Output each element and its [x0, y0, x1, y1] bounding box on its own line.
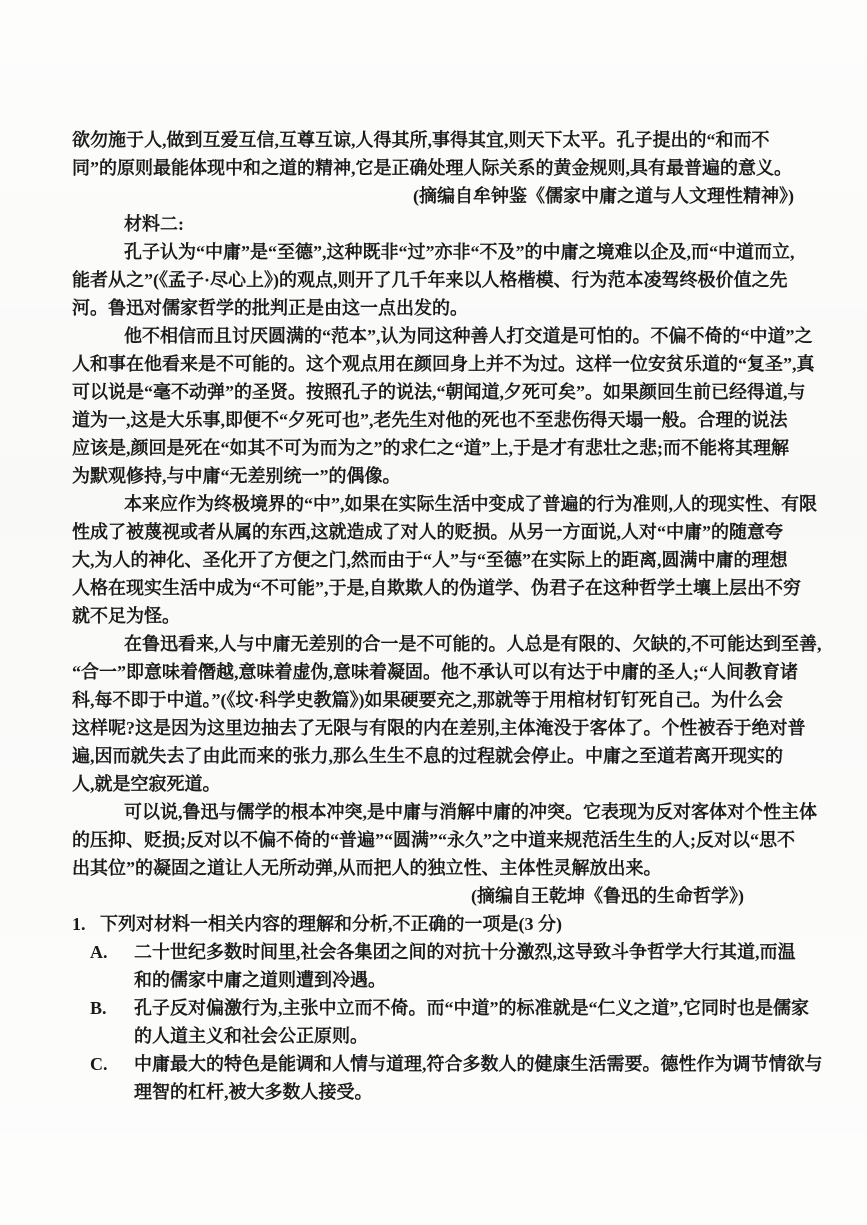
text-line: 可以说,鲁迅与儒学的根本冲突,是中庸与消解中庸的冲突。它表现为反对客体对个性主体 [72, 798, 796, 826]
material-one-continuation: 欲勿施于人,做到互爱互信,互尊互谅,人得其所,事得其宜,则天下太平。孔子提出的“… [72, 126, 796, 182]
question-stem: 下列对材料一相关内容的理解和分析,不正确的一项是(3 分) [100, 914, 562, 934]
text-line: 科,每不即于中道。”(《坟·科学史教篇》)如果硬要充之,那就等于用棺材钉钉死自己… [72, 686, 796, 714]
option-A: A. 二十世纪多数时间里,社会各集团之间的对抗十分激烈,这导致斗争哲学大行其道,… [72, 938, 796, 994]
text-line: 出其位”的凝固之道让人无所动弹,从而把人的独立性、主体性灵解放出来。 [72, 854, 796, 882]
material-two-heading: 材料二: [72, 210, 796, 238]
material-one-source: (摘编自牟钟鉴《儒家中庸之道与人文理性精神》) [72, 182, 796, 210]
text-line: 人格在现实生活中成为“不可能”,于是,自欺欺人的伪道学、伪君子在这种哲学土壤上层… [72, 574, 796, 602]
text-line: 理智的杠杆,被大多数人接受。 [134, 1078, 796, 1106]
material-two-paragraph-3: 本来应作为终极境界的“中”,如果在实际生活中变成了普遍的行为准则,人的现实性、有… [72, 490, 796, 630]
text-line: 性成了被蔑视或者从属的东西,这就造成了对人的贬损。从另一方面说,人对“中庸”的随… [72, 518, 796, 546]
text-line: 同”的原则最能体现中和之道的精神,它是正确处理人际关系的黄金规则,具有最普遍的意… [72, 154, 796, 182]
text-line: 和的儒家中庸之道则遭到冷遇。 [134, 966, 796, 994]
text-line: 人和事在他看来是不可能的。这个观点用在颜回身上并不为过。这样一位安贫乐道的“复圣… [72, 350, 796, 378]
text-line: 欲勿施于人,做到互爱互信,互尊互谅,人得其所,事得其宜,则天下太平。孔子提出的“… [72, 126, 796, 154]
text-line: 道为一,这是大乐事,即便不“夕死可也”,老先生对他的死也不至悲伤得天塌一般。合理… [72, 406, 796, 434]
text-line: 本来应作为终极境界的“中”,如果在实际生活中变成了普遍的行为准则,人的现实性、有… [72, 490, 796, 518]
text-line: 应该是,颜回是死在“如其不可为而为之”的求仁之“道”上,于是才有悲壮之悲;而不能… [72, 434, 796, 462]
material-two-paragraph-4: 在鲁迅看来,人与中庸无差别的合一是不可能的。人总是有限的、欠缺的,不可能达到至善… [72, 630, 796, 798]
text-line: 的人道主义和社会公正原则。 [134, 1022, 796, 1050]
material-two-paragraph-2: 他不相信而且讨厌圆满的“范本”,认为同这种善人打交道是可怕的。不偏不倚的“中道”… [72, 322, 796, 490]
option-A-label: A. [90, 938, 108, 966]
text-line: 遍,因而就失去了由此而来的张力,那么生生不息的过程就会停止。中庸之至道若离开现实… [72, 742, 796, 770]
text-line: 人,就是空寂死道。 [72, 770, 796, 798]
option-A-text: 二十世纪多数时间里,社会各集团之间的对抗十分激烈,这导致斗争哲学大行其道,而温和… [72, 938, 796, 994]
text-line: 他不相信而且讨厌圆满的“范本”,认为同这种善人打交道是可怕的。不偏不倚的“中道”… [72, 322, 796, 350]
option-C: C. 中庸最大的特色是能调和人情与道理,符合多数人的健康生活需要。德性作为调节情… [72, 1050, 796, 1106]
option-B-text: 孔子反对偏激行为,主张中立而不倚。而“中道”的标准就是“仁义之道”,它同时也是儒… [72, 994, 796, 1050]
text-line: 孔子反对偏激行为,主张中立而不倚。而“中道”的标准就是“仁义之道”,它同时也是儒… [134, 994, 796, 1022]
option-B-label: B. [90, 994, 107, 1022]
text-line: 这样呢?这是因为这里边抽去了无限与有限的内在差别,主体淹没于客体了。个性被吞于绝… [72, 714, 796, 742]
text-line: 河。鲁迅对儒家哲学的批判正是由这一点出发的。 [72, 294, 796, 322]
text-line: “合一”即意味着僭越,意味着虚伪,意味着凝固。他不承认可以有达于中庸的圣人;“人… [72, 658, 796, 686]
text-line: 的压抑、贬损;反对以不偏不倚的“普遍”“圆满”“永久”之中道来规范活生生的人;反… [72, 826, 796, 854]
text-line: 可以说是“毫不动弹”的圣贤。按照孔子的说法,“朝闻道,夕死可矣”。如果颜回生前已… [72, 378, 796, 406]
material-two-source: (摘编自王乾坤《鲁迅的生命哲学》) [72, 882, 796, 910]
text-line: 孔子认为“中庸”是“至德”,这种既非“过”亦非“不及”的中庸之境难以企及,而“中… [72, 238, 796, 266]
text-line: 中庸最大的特色是能调和人情与道理,符合多数人的健康生活需要。德性作为调节情欲与 [134, 1050, 796, 1078]
text-line: 为默观修持,与中庸“无差别统一”的偶像。 [72, 462, 796, 490]
text-line: 就不足为怪。 [72, 602, 796, 630]
material-two-paragraph-5: 可以说,鲁迅与儒学的根本冲突,是中庸与消解中庸的冲突。它表现为反对客体对个性主体… [72, 798, 796, 882]
question-number: 1. [72, 910, 100, 938]
option-C-text: 中庸最大的特色是能调和人情与道理,符合多数人的健康生活需要。德性作为调节情欲与理… [72, 1050, 796, 1106]
page-content: 欲勿施于人,做到互爱互信,互尊互谅,人得其所,事得其宜,则天下太平。孔子提出的“… [72, 126, 796, 1106]
question-1: 1.下列对材料一相关内容的理解和分析,不正确的一项是(3 分) [72, 910, 796, 938]
text-line: 在鲁迅看来,人与中庸无差别的合一是不可能的。人总是有限的、欠缺的,不可能达到至善… [72, 630, 796, 658]
text-line: 大,为人的神化、圣化开了方便之门,然而由于“人”与“至德”在实际上的距离,圆满中… [72, 546, 796, 574]
text-line: 二十世纪多数时间里,社会各集团之间的对抗十分激烈,这导致斗争哲学大行其道,而温 [134, 938, 796, 966]
scanned-exam-page: 欲勿施于人,做到互爱互信,互尊互谅,人得其所,事得其宜,则天下太平。孔子提出的“… [0, 0, 867, 1225]
option-B: B. 孔子反对偏激行为,主张中立而不倚。而“中道”的标准就是“仁义之道”,它同时… [72, 994, 796, 1050]
text-line: 能者从之”(《孟子·尽心上》)的观点,则开了几千年来以人格楷模、行为范本凌驾终极… [72, 266, 796, 294]
material-two-paragraph-1: 孔子认为“中庸”是“至德”,这种既非“过”亦非“不及”的中庸之境难以企及,而“中… [72, 238, 796, 322]
option-C-label: C. [90, 1050, 108, 1078]
